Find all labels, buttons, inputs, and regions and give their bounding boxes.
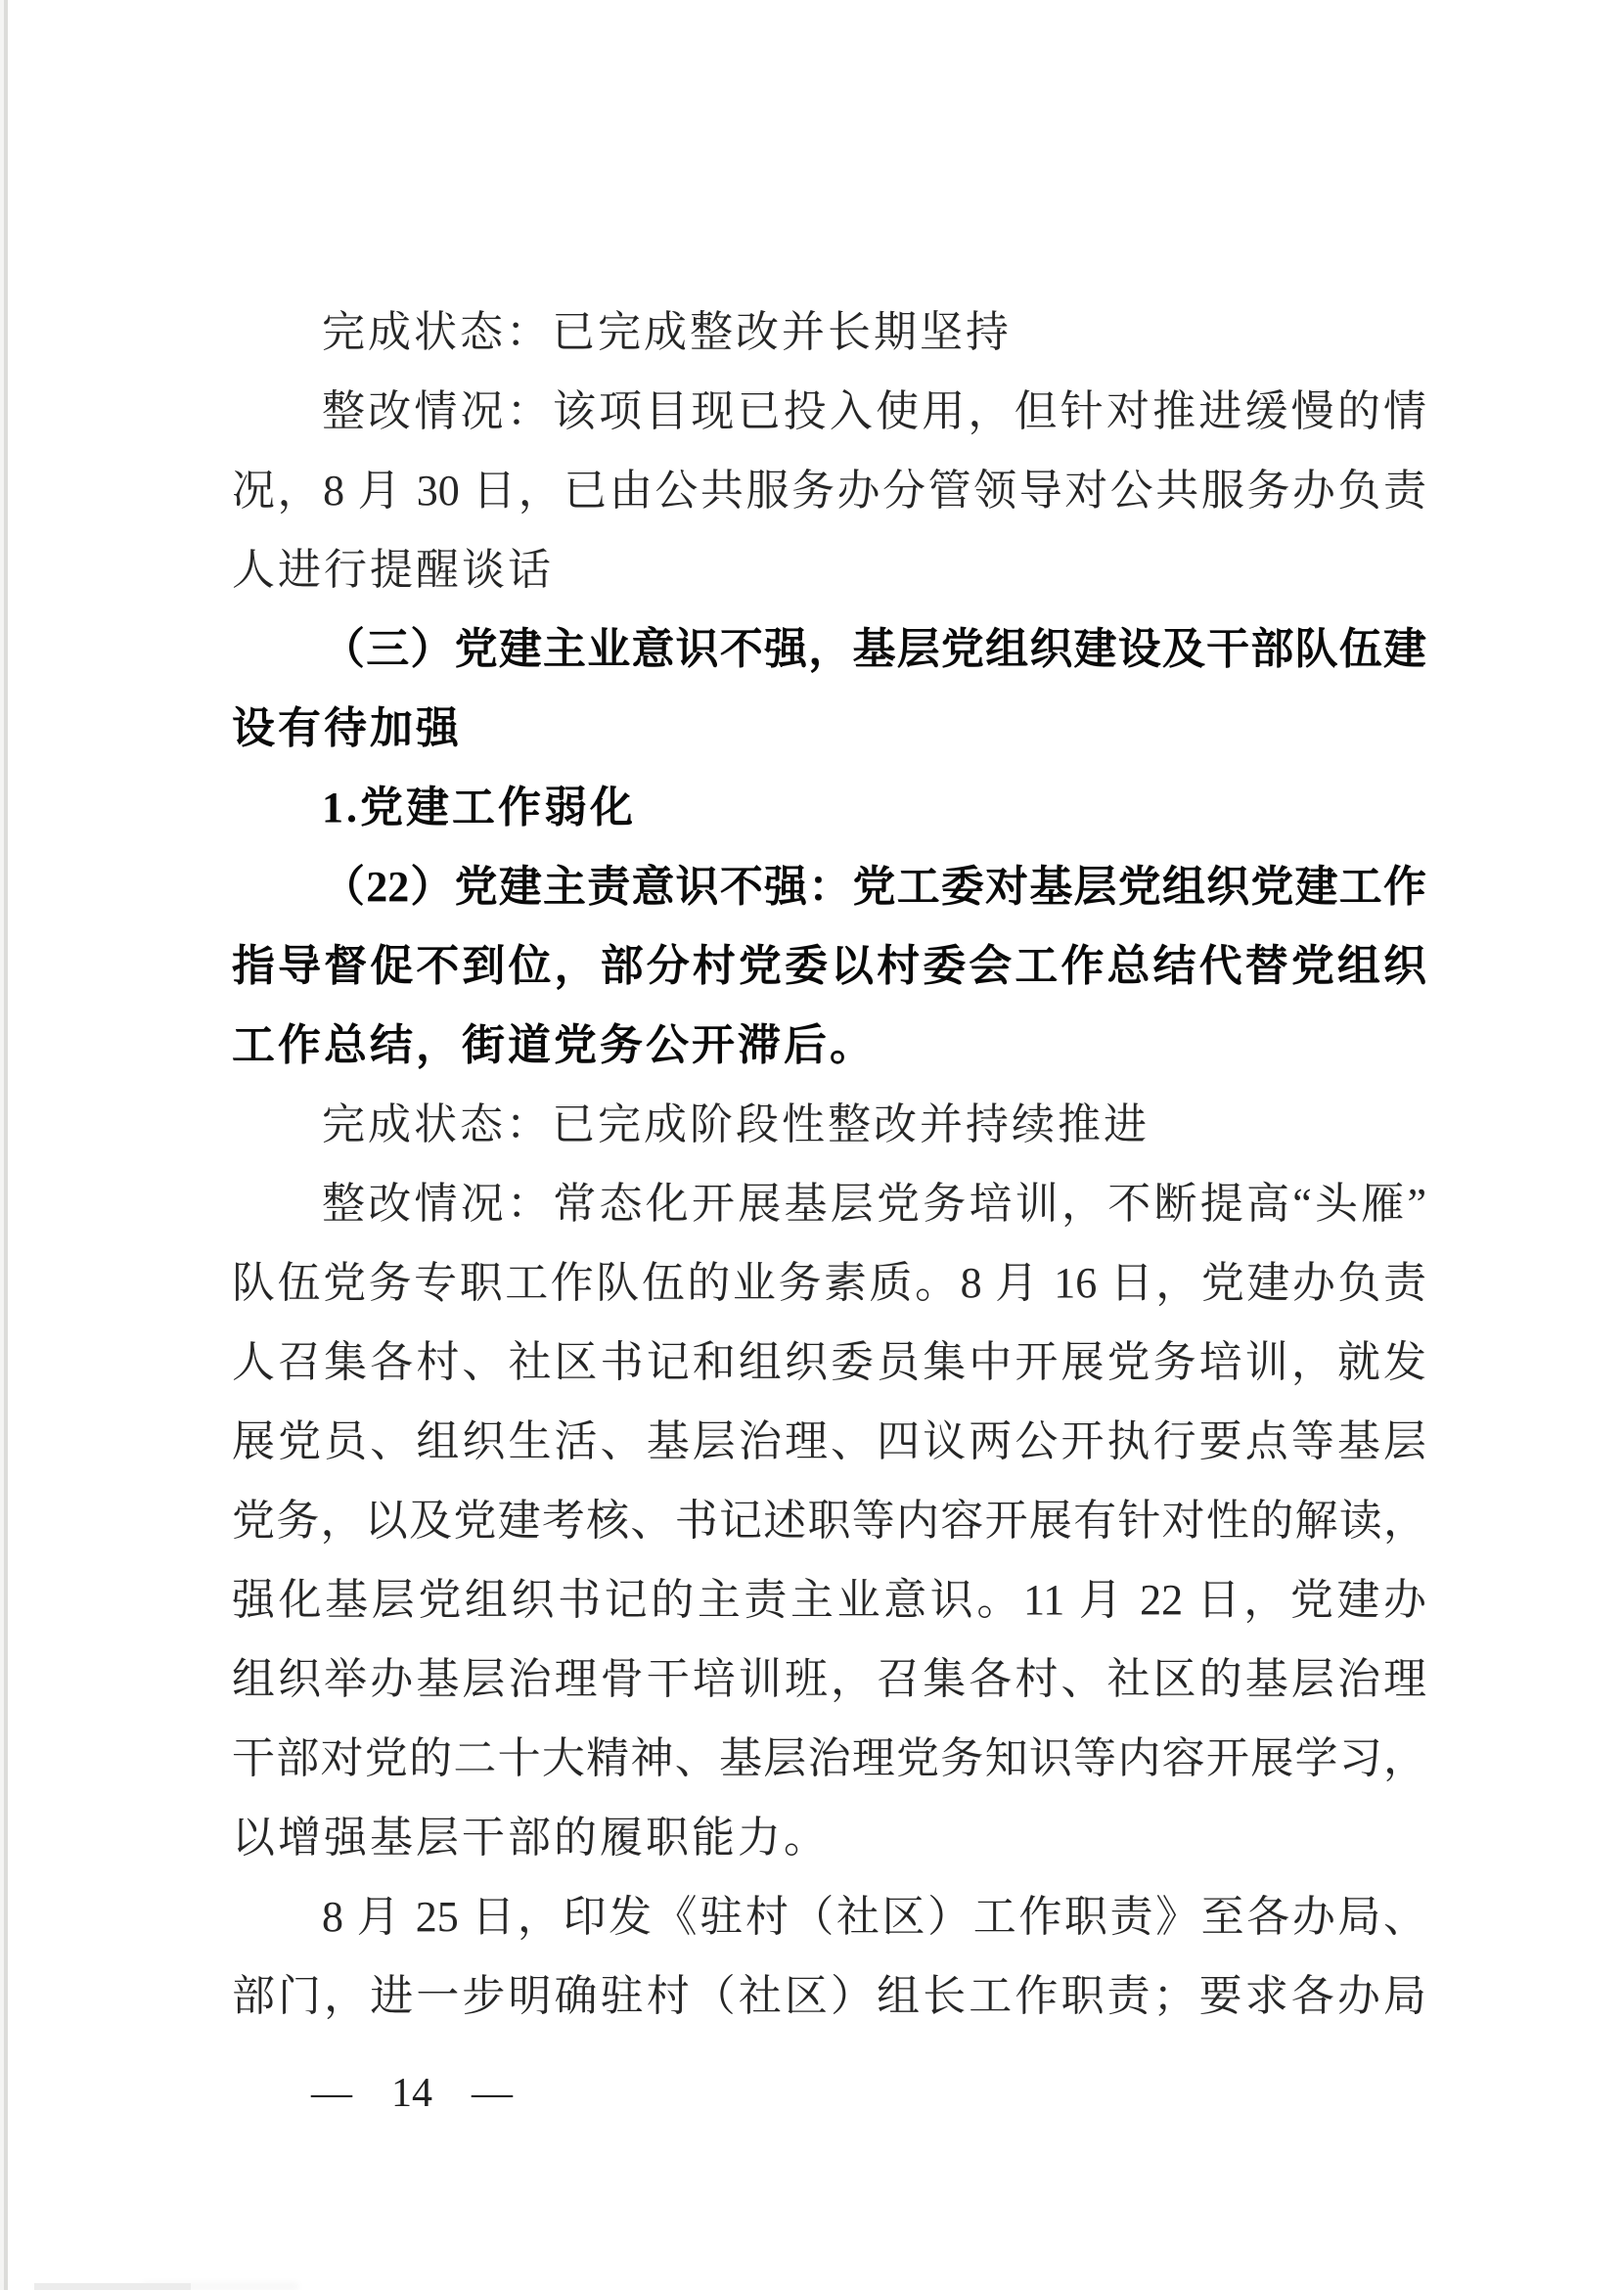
text-line: 况，8 月 30 日，已由公共服务办分管领导对公共服务办负责 (232, 451, 1426, 530)
text-line: 组织举办基层治理骨干培训班，召集各村、社区的基层治理 (232, 1639, 1426, 1719)
text-line: 设有待加强 (232, 689, 1426, 768)
text-line: （三）党建主业意识不强，基层党组织建设及干部队伍建 (232, 609, 1426, 689)
footer-dash-right: — (472, 2058, 513, 2129)
text-line: 部门，进一步明确驻村（社区）组长工作职责；要求各办局 (232, 1956, 1426, 2036)
footer-dash-left: — (311, 2058, 352, 2129)
text-line: 队伍党务专职工作队伍的业务素质。8 月 16 日，党建办负责 (232, 1243, 1426, 1323)
text-line: 8 月 25 日，印发《驻村（社区）工作职责》至各办局、 (232, 1877, 1426, 1956)
text-line: 干部对党的二十大精神、基层治理党务知识等内容开展学习， (232, 1719, 1426, 1798)
text-line: 整改情况：该项目现已投入使用，但针对推进缓慢的情 (232, 372, 1426, 451)
scanned-document-page: 完成状态：已完成整改并长期坚持整改情况：该项目现已投入使用，但针对推进缓慢的情况… (0, 0, 1624, 2290)
text-line: 人进行提醒谈话 (232, 530, 1426, 609)
text-line: 1.党建工作弱化 (232, 768, 1426, 847)
scan-edge-line (4, 0, 8, 2290)
text-line: 展党员、组织生活、基层治理、四议两公开执行要点等基层 (232, 1402, 1426, 1481)
text-line: 完成状态：已完成整改并长期坚持 (232, 292, 1426, 372)
text-line: 人召集各村、社区书记和组织委员集中开展党务培训，就发 (232, 1323, 1426, 1402)
text-line: 完成状态：已完成阶段性整改并持续推进 (232, 1085, 1426, 1164)
text-line: （22）党建主责意识不强：党工委对基层党组织党建工作 (232, 847, 1426, 926)
page-number-footer: — 14 — (311, 2058, 513, 2129)
text-line: 党务，以及党建考核、书记述职等内容开展有针对性的解读， (232, 1481, 1426, 1560)
text-line: 工作总结，街道党务公开滞后。 (232, 1006, 1426, 1085)
text-line: 以增强基层干部的履职能力。 (232, 1798, 1426, 1877)
text-line: 强化基层党组织书记的主责主业意识。11 月 22 日，党建办 (232, 1560, 1426, 1639)
scan-smudge-artifact (34, 2283, 191, 2290)
document-lines: 完成状态：已完成整改并长期坚持整改情况：该项目现已投入使用，但针对推进缓慢的情况… (232, 292, 1426, 2036)
footer-page-number: 14 (391, 2058, 432, 2129)
text-line: 指导督促不到位，部分村党委以村委会工作总结代替党组织 (232, 926, 1426, 1006)
text-line: 整改情况：常态化开展基层党务培训，不断提高“头雁” (232, 1164, 1426, 1243)
